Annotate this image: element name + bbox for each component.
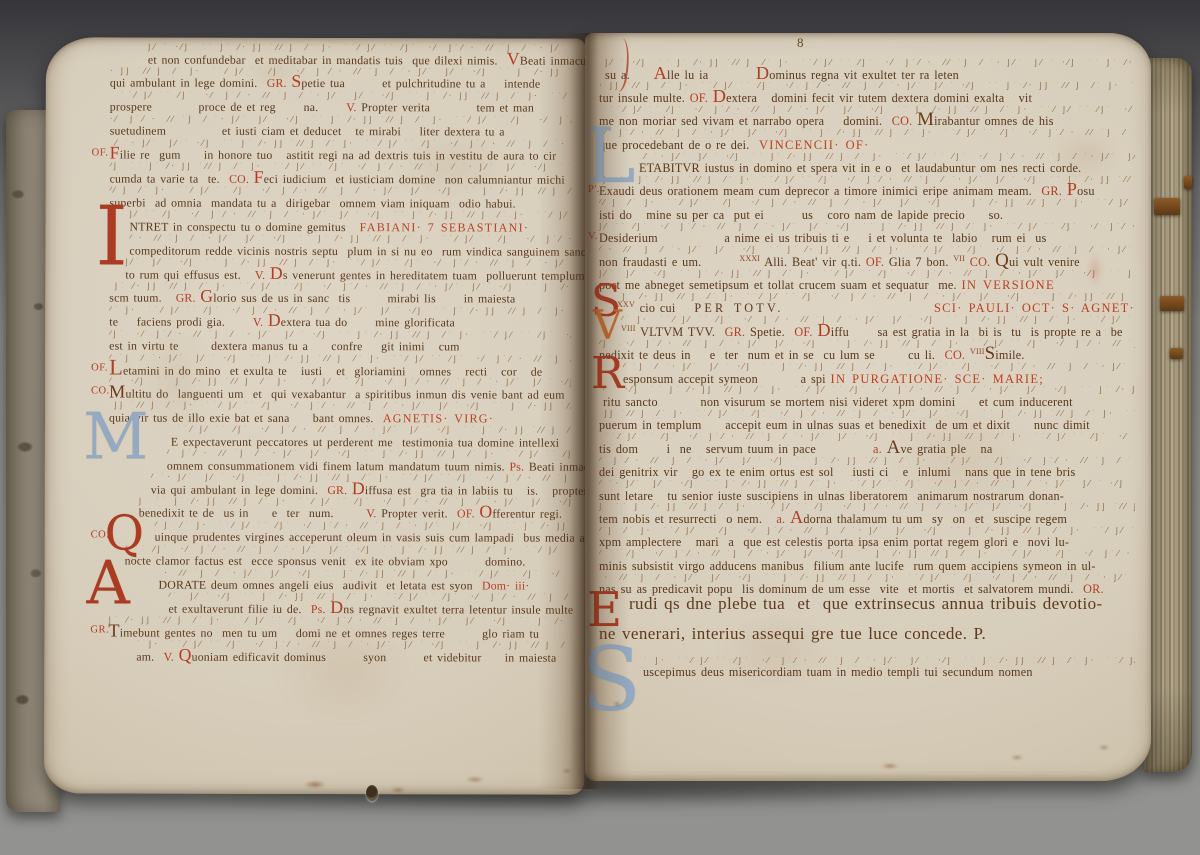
neume-notation-row: ʃ⁄ ´ ·⁄ʃ ´` ʃ´ ⁄· ʃʃ ´⁄⁄ ʃ ⁄´ ʃ· ´´⁄ ʃ⁄ … [148, 44, 572, 55]
chant-text-row: tem nobis et resurrecti o nem. a. Adorna… [599, 513, 1135, 527]
text-segment: SCI· PAULI· OCT· S· AGNET· [934, 302, 1135, 315]
leather-index-tab [1170, 348, 1183, 359]
chant-text-row: Letamini in do mino et exulta te iusti e… [109, 364, 571, 379]
chant-text-row: ne venerari, interius assequi gre tue lu… [599, 627, 1135, 650]
chant-text-row: tur insule multe. OF. Dextera domini fec… [599, 92, 1135, 106]
text-segment: GR. [1041, 185, 1066, 198]
text-segment: CO. [892, 115, 917, 128]
illuminated-initial-E: E [587, 589, 622, 631]
manuscript-line: ⁄ `´ ⁄ʃ´ ·⁄ ʃ´⁄ · ⁄⁄ ´ʃ ⁄ ´· ʃ⁄´ ʃ⁄ ´ ·⁄… [109, 545, 571, 570]
text-segment: Q [995, 257, 1009, 265]
neume-notation-row: ⁄ `´ ⁄ʃ´ ·⁄ ʃ´⁄ · ⁄⁄ ´ʃ ⁄ ´· ʃ⁄´ ʃ⁄ ´ ·⁄… [125, 545, 571, 556]
text-segment: non fraudasti e um. [599, 256, 739, 269]
manuscript-line: ⁄ · ⁄⁄ ´ʃ ⁄ ´· ʃ⁄´ ʃ⁄ ´ ·⁄ʃ ´` ʃ´ ⁄· ʃʃ … [109, 235, 571, 260]
text-segment: prospere proce de et reg na. [110, 101, 346, 115]
manuscript-line: ´´⁄ ʃ⁄ `´ ⁄ʃ´ ·⁄ ʃ´⁄ · ⁄⁄ ´ʃ ⁄ ´· ʃ⁄´ ʃ⁄… [599, 433, 1135, 456]
right-manuscript-page: 8 ʃ⁄ ´ ·⁄ʃ ´` ʃ´ ⁄· ʃʃ ´⁄⁄ ʃ ⁄´ ʃ· ´´⁄ ʃ… [585, 33, 1151, 781]
manuscript-line: ´´⁄ ʃ⁄ `´ ⁄ʃ´ ·⁄ ʃ´⁄ · ⁄⁄ ´ʃ ⁄ ´· ʃ⁄´ ʃ⁄… [599, 106, 1135, 129]
margin-abbreviation: V. [588, 231, 598, 242]
neume-notation-row: ⁄ ´· ʃ⁄´ ʃ⁄ ´ ·⁄ʃ ´` ʃ´ ⁄· ʃʃ ´⁄⁄ ʃ ⁄´ ʃ… [599, 480, 1135, 490]
neume-notation-row: ´´⁄ ʃ⁄ `´ ⁄ʃ´ ·⁄ ʃ´⁄ · ⁄⁄ ´ʃ ⁄ ´· ʃ⁄´ ʃ⁄… [110, 91, 572, 102]
manuscript-line: rudi qs dne plebe tua et que extrinsecus… [599, 597, 1135, 627]
chant-text-row: isti do mine su per ca put ei us coro na… [599, 209, 1135, 223]
neume-notation-row: · ʃʃ ´⁄⁄ ʃ ⁄´ ʃ· ´´⁄ ʃ⁄ `´ ⁄ʃ´ ·⁄ ʃ´⁄ · … [110, 67, 572, 78]
manuscript-line: ·⁄ ʃ´⁄ · ⁄⁄ ´ʃ ⁄ ´· ʃ⁄´ ʃ⁄ ´ ·⁄ʃ ´` ʃ´ ⁄… [599, 129, 1135, 152]
chant-text-row: VIII VLTVM TVV. GR. Spetie. OF. Diffu sa… [621, 326, 1135, 340]
illuminated-initial-L: L [585, 123, 635, 190]
text-segment: T [108, 626, 119, 634]
chant-text-row: omnem consummationem vidi finem latum ma… [167, 459, 571, 474]
chant-text-row: sunt letare tu senior iuste suscipiens i… [599, 490, 1135, 504]
text-segment: VIII [621, 322, 636, 335]
text-segment: ui vult venire [1009, 256, 1080, 269]
text-segment: ne venerari, interius assequi gre tue lu… [599, 627, 986, 640]
manuscript-line: ´´⁄ ʃ⁄ `´ ⁄ʃ´ ·⁄ ʃ´⁄ · ⁄⁄ ´ʃ ⁄ ´· ʃ⁄´ ʃ⁄… [110, 91, 572, 116]
text-segment: AGNETIS· VIRG· [383, 412, 494, 425]
manuscript-line: ⁄⁄ ʃ ⁄´ ʃ· ´´⁄ ʃ⁄ `´ ⁄ʃ´ ·⁄ ʃ´⁄ · ⁄⁄ ´ʃ … [110, 187, 572, 212]
manuscript-line: ʃ⁄ ´ ·⁄ʃ ´` ʃ´ ⁄· ʃʃ ´⁄⁄ ʃ ⁄´ ʃ· ´´⁄ ʃ⁄ … [599, 59, 1135, 82]
chant-text-row: prospere proce de et reg na. V. Propter … [110, 101, 572, 116]
illuminated-initial-I: I [95, 201, 128, 273]
text-segment: XXXI [739, 252, 760, 265]
text-segment: et exultaverunt filie iu de. [168, 603, 310, 616]
text-segment: iffusa est gra tia in labiis tu is. prop… [365, 484, 599, 498]
text-segment: rudi qs dne plebe tua et que extrinsecus… [629, 597, 1103, 610]
text-segment: esponsum accepit symeon a spi [623, 373, 831, 386]
text-segment: isti do mine su per ca put ei us coro na… [599, 209, 1003, 222]
text-segment: ultitu do languenti um et qui vexabantur… [126, 387, 565, 401]
chant-text-row: nocte clamor factus est ecce sponsus ven… [125, 555, 571, 570]
manuscript-line: ⁄ ´· ʃ⁄´ ʃ⁄ ´ ·⁄ʃ ´` ʃ´ ⁄· ʃʃ ´⁄⁄ ʃ ⁄´ ʃ… [109, 473, 571, 498]
text-segment: D [270, 268, 283, 276]
text-segment: to rum qui effusus est. [125, 268, 255, 281]
left-manuscript-page: ʃ⁄ ´ ·⁄ʃ ´` ʃ´ ⁄· ʃʃ ´⁄⁄ ʃ ⁄´ ʃ· ´´⁄ ʃ⁄ … [44, 37, 586, 794]
chant-text-row: NTRET in conspectu tu o domine gemitus F… [129, 220, 571, 235]
chant-text-row: post me abneget semetipsum et tollat cru… [599, 279, 1135, 293]
manuscript-line: ´ ʃ· ´´⁄ ʃ⁄ `´ ⁄ʃ´ ·⁄ ʃ´⁄ · ⁄⁄ ´ʃ ⁄ ´· ʃ… [108, 641, 570, 666]
manuscript-line: ʃ´ ⁄· ʃʃ ´⁄⁄ ʃ ⁄´ ʃ· ´´⁄ ʃ⁄ `´ ⁄ʃ´ ·⁄ ʃ´… [109, 282, 571, 307]
text-segment: tis dom i ne servum tuum in pace [599, 443, 873, 456]
chant-text-row: scm tuum. GR. Glorio sus de us in sanc t… [109, 292, 571, 307]
chant-text-row: benedixit te de us in e ter num. V. Prop… [139, 507, 571, 522]
text-segment: compeditorum redde vicinis nostris septu… [129, 244, 586, 258]
text-segment: extera tua do mine glorificata [281, 316, 455, 329]
neume-notation-row: ⁄ ´ ·⁄ʃ ´` ʃ´ ⁄· ʃʃ ´⁄⁄ ʃ ⁄´ ʃ· ´´⁄ ʃ⁄ `… [109, 378, 571, 389]
text-segment: scm tuum. [109, 292, 175, 305]
manuscript-line: ⁄ ʃ´⁄ · ⁄⁄ ´ʃ ⁄ ´· ʃ⁄´ ʃ⁄ ´ ·⁄ʃ ´` ʃ´ ⁄·… [109, 450, 571, 475]
text-segment: suetudinem et iusti ciam et deducet te m… [110, 125, 505, 139]
chant-text-row: esponsum accepit symeon a spi IN PURGATI… [623, 373, 1135, 387]
text-segment: via qui ambulant in lege domini. [151, 483, 328, 496]
chant-text-row: am. V. Quoniam edificavit dominus syon e… [136, 650, 570, 665]
chant-text-row: cumda ta varie ta te. CO. Feci iudicium … [110, 172, 572, 187]
text-segment: M [917, 116, 934, 124]
chant-text-row: te faciens prodi gia. V. Dextera tua do … [109, 316, 571, 331]
chant-text-row: rudi qs dne plebe tua et que extrinsecus… [629, 597, 1135, 620]
manuscript-line: CO.⁄ ʃ ⁄´ ʃ· ´´⁄ ʃ⁄ `´ ⁄ʃ´ ·⁄ ʃ´⁄ · ⁄⁄ ´… [109, 521, 571, 546]
text-segment: D [330, 603, 343, 611]
text-segment: et non confundebar et meditabar in manda… [148, 53, 507, 67]
text-segment: DORATE deum omnes angeli eius audivit et… [159, 579, 482, 593]
text-segment: iffu sa est gratia in la bi is tu is pro… [831, 326, 1123, 339]
chant-text-row: E expectaverunt peccatores ut perderent … [171, 435, 571, 450]
text-segment: uoniam edificavit dominus syon et videbi… [192, 650, 557, 664]
manuscript-line: ʃ´ ⁄· ʃʃ ´⁄⁄ ʃ ⁄´ ʃ· ´´⁄ ʃ⁄ `´ ⁄ʃ´ ·⁄ ʃ´… [599, 293, 1135, 316]
text-segment: ns regnavit exultet terra letentur insul… [343, 603, 573, 617]
neume-notation-row: ⁄ʃ´ ·⁄ ʃ´⁄ · ⁄⁄ ´ʃ ⁄ ´· ʃ⁄´ ʃ⁄ ´ ·⁄ʃ ´` … [599, 340, 1135, 350]
text-segment: est in virtu te dextera manus tu a confr… [109, 340, 460, 354]
neume-notation-row: ʃ⁄ ´ ·⁄ʃ ´` ʃ´ ⁄· ʃʃ ´⁄⁄ ʃ ⁄´ ʃ· ´´⁄ ʃ⁄ … [605, 59, 1135, 69]
manuscript-line: ⁄ ´· ʃ⁄´ ʃ⁄ ´ ·⁄ʃ ´` ʃ´ ⁄· ʃʃ ´⁄⁄ ʃ ⁄´ ʃ… [599, 153, 1135, 176]
text-segment: sunt letare tu senior iuste suscipiens i… [599, 490, 1064, 503]
neume-notation-row: ´´⁄ ʃ⁄ `´ ⁄ʃ´ ·⁄ ʃ´⁄ · ⁄⁄ ´ʃ ⁄ ´· ʃ⁄´ ʃ⁄… [171, 426, 571, 437]
text-segment: am. [136, 650, 163, 663]
text-segment: PER TOTV. [694, 302, 783, 315]
manuscript-line: OF.⁄ ´ʃ ⁄ ´· ʃ⁄´ ʃ⁄ ´ ·⁄ʃ ´` ʃ´ ⁄· ʃʃ ´⁄… [109, 354, 571, 379]
text-segment: A [887, 444, 901, 452]
text-segment: Exaudi deus orationem meam cum deprecor … [599, 185, 1041, 198]
margin-abbreviation: OF. [92, 147, 109, 158]
manuscript-line: ´ ʃ· ´´⁄ ʃ⁄ `´ ⁄ʃ´ ·⁄ ʃ´⁄ · ⁄⁄ ´ʃ ⁄ ´· ʃ… [599, 657, 1135, 680]
text-segment: M [109, 387, 125, 395]
chant-text-row: Desiderium a nime ei us tribuis ti e i e… [599, 232, 1135, 246]
neume-notation-row: ʃ⁄´ ʃ⁄ ´ ·⁄ʃ ´` ʃ´ ⁄· ʃʃ ´⁄⁄ ʃ ⁄´ ʃ· ´´⁄… [125, 259, 571, 270]
text-segment: Spetie. [750, 326, 794, 339]
neume-notation-row: ʃ⁄´ ʃ⁄ ´ ·⁄ʃ ´` ʃ´ ⁄· ʃʃ ´⁄⁄ ʃ ⁄´ ʃ· ´´⁄… [599, 270, 1135, 280]
chant-text-row: DORATE deum omnes angeli eius audivit et… [159, 579, 571, 594]
manuscript-line: · ʃʃ ´⁄⁄ ʃ ⁄´ ʃ· ´´⁄ ʃ⁄ `´ ⁄ʃ´ ·⁄ ʃ´⁄ · … [599, 82, 1135, 105]
text-segment: V. [255, 268, 270, 281]
manuscript-line: ´´⁄ ʃ⁄ `´ ⁄ʃ´ ·⁄ ʃ´⁄ · ⁄⁄ ´ʃ ⁄ ´· ʃ⁄´ ʃ⁄… [109, 426, 571, 451]
text-segment: VINCENCII· OF· [759, 139, 870, 152]
leather-index-tab [1154, 198, 1180, 215]
neume-notation-row: ʃʃ ´⁄⁄ ʃ ⁄´ ʃ· ´´⁄ ʃ⁄ `´ ⁄ʃ´ ·⁄ ʃ´⁄ · ⁄⁄… [109, 402, 571, 413]
text-segment: V. [253, 316, 268, 329]
text-segment: quia vir tus de illo exie bat et sana ba… [109, 411, 383, 425]
neume-notation-row: ʃ´ ⁄· ʃʃ ´⁄⁄ ʃ ⁄´ ʃ· ´´⁄ ʃ⁄ `´ ⁄ʃ´ ·⁄ ʃ´… [617, 293, 1135, 303]
text-segment: minis subsistit virgo adducens manibus f… [599, 560, 1096, 573]
text-segment: extera domini fecit vir tutem dextera do… [726, 92, 1032, 105]
chant-text-row: non fraudasti e um. XXXI Alli. Beat' vir… [599, 256, 1135, 270]
neume-notation-row: · ʃʃ ´⁄⁄ ʃ ⁄´ ʃ· ´´⁄ ʃ⁄ `´ ⁄ʃ´ ·⁄ ʃ´⁄ · … [599, 82, 1135, 92]
chant-text-row: compeditorum redde vicinis nostris septu… [129, 244, 571, 259]
chant-text-row: Multitu do languenti um et qui vexabantu… [109, 387, 571, 402]
text-segment: qui ambulant in lege domini. [110, 77, 267, 90]
text-segment: IN VERSIONE [962, 279, 1055, 292]
leather-index-tab [1160, 296, 1184, 311]
text-segment: eci iudicium et iusticiam domine non cal… [264, 173, 565, 187]
manuscript-line: ⁄ ´ ·⁄ʃ ´` ʃ´ ⁄· ʃʃ ´⁄⁄ ʃ ⁄´ ʃ· ´´⁄ ʃ⁄ `… [599, 386, 1135, 409]
manuscript-line: ⁄ ´· ʃ⁄´ ʃ⁄ ´ ·⁄ʃ ´` ʃ´ ⁄· ʃʃ ´⁄⁄ ʃ ⁄´ ʃ… [599, 480, 1135, 503]
chant-text-row: qui ambulant in lege domini. GR. Spetie … [110, 77, 572, 92]
text-segment: Propter verit. [381, 508, 457, 521]
manuscript-line: ⁄´ ʃ· ´´⁄ ʃ⁄ `´ ⁄ʃ´ ·⁄ ʃ´⁄ · ⁄⁄ ´ʃ ⁄ ´· … [599, 316, 1135, 339]
text-segment: D [713, 92, 726, 100]
neume-notation-row: ʃ´ ⁄· ʃʃ ´⁄⁄ ʃ ⁄´ ʃ· ´´⁄ ʃ⁄ `´ ⁄ʃ´ ·⁄ ʃ´… [108, 617, 570, 628]
neume-notation-row: ⁄ ´· ʃ⁄´ ʃ⁄ ´ ·⁄ʃ ´` ʃ´ ⁄· ʃʃ ´⁄⁄ ʃ ⁄´ ʃ… [639, 153, 1135, 163]
text-segment: Propter verita tem et man [361, 101, 534, 114]
text-segment: ilie re gum in honore tuo astitit regi n… [120, 149, 557, 163]
wormhole [366, 785, 378, 801]
manuscript-line: OF. ⁄ ´· ʃ⁄´ ʃ⁄ ´ ·⁄ʃ ´` ʃ´ ⁄· ʃʃ ´⁄⁄ ʃ … [110, 139, 572, 164]
neume-notation-row: ⁄´ ʃ· ´´⁄ ʃ⁄ `´ ⁄ʃ´ ·⁄ ʃ´⁄ · ⁄⁄ ´ʃ ⁄ ´· … [621, 316, 1135, 326]
text-segment: me non moriar sed vivam et narrabo opera… [599, 115, 892, 128]
manuscript-line: · ⁄⁄ ´ʃ ⁄ ´· ʃ⁄´ ʃ⁄ ´ ·⁄ʃ ´` ʃ´ ⁄· ʃʃ ´⁄… [109, 569, 571, 594]
manuscript-line: ʃ⁄ `´ ⁄ʃ´ ·⁄ ʃ´⁄ · ⁄⁄ ´ʃ ⁄ ´· ʃ⁄´ ʃ⁄ ´ ·… [109, 211, 571, 236]
manuscript-line: ʃ ´` ʃ´ ⁄· ʃʃ ´⁄⁄ ʃ ⁄´ ʃ· ´´⁄ ʃ⁄ `´ ⁄ʃ´ … [599, 503, 1135, 526]
neume-notation-row: ´ ʃ· ´´⁄ ʃ⁄ `´ ⁄ʃ´ ·⁄ ʃ´⁄ · ⁄⁄ ´ʃ ⁄ ´· ʃ… [643, 657, 1135, 667]
text-segment: S [291, 77, 301, 85]
text-segment: cio cui [635, 302, 694, 315]
text-segment: tem nobis et resurrecti o nem. [599, 513, 776, 526]
neume-notation-row: ⁄ ´· ʃ⁄´ ʃ⁄ ´ ·⁄ʃ ´` ʃ´ ⁄· ʃʃ ´⁄⁄ ʃ ⁄´ ʃ… [110, 139, 572, 150]
text-segment: NTRET in conspectu tu o domine gemitus [129, 220, 359, 234]
neume-notation-row: ⁄´ ʃ· ´´⁄ ʃ⁄ `´ ⁄ʃ´ ·⁄ ʃ´⁄ · ⁄⁄ ´ʃ ⁄ ´· … [109, 306, 571, 317]
text-segment: a. [873, 443, 887, 456]
text-segment: omnem consummationem vidi finem latum ma… [167, 459, 510, 473]
text-segment: ve gratia ple na [900, 443, 992, 456]
manuscript-line: ⁄ `´ ⁄ʃ´ ·⁄ ʃ´⁄ · ⁄⁄ ´ʃ ⁄ ´· ʃ⁄´ ʃ⁄ ´ ·⁄… [599, 550, 1135, 573]
text-segment: lorio sus de us in sanc tis mirabi lis i… [213, 292, 515, 306]
text-segment: OF. [457, 508, 479, 521]
illuminated-initial-S: S [581, 641, 641, 718]
chant-text-row: Timebunt gentes no men tu um domi ne et … [108, 626, 570, 641]
manuscript-line: ·⁄ ʃ´⁄ · ⁄⁄ ´ʃ ⁄ ´· ʃ⁄´ ʃ⁄ ´ ·⁄ʃ ´` ʃ´ ⁄… [110, 115, 572, 140]
text-segment: GR. [327, 484, 352, 497]
text-segment: D [268, 316, 281, 324]
text-segment: s venerunt gentes in hereditatem tuam po… [283, 268, 585, 282]
text-segment: D [817, 326, 830, 334]
illuminated-initial-M: M [83, 409, 149, 465]
margin-abbreviation: OF. [91, 362, 108, 373]
neume-notation-row: ´´⁄ ʃ⁄ `´ ⁄ʃ´ ·⁄ ʃ´⁄ · ⁄⁄ ´ʃ ⁄ ´· ʃ⁄´ ʃ⁄… [599, 433, 1135, 443]
text-segment: a. [776, 513, 790, 526]
neume-notation-row: ·⁄ ʃ´⁄ · ⁄⁄ ´ʃ ⁄ ´· ʃ⁄´ ʃ⁄ ´ ·⁄ʃ ´` ʃ´ ⁄… [599, 129, 1135, 139]
manuscript-line: ⁄ · ⁄⁄ ´ʃ ⁄ ´· ʃ⁄´ ʃ⁄ ´ ·⁄ʃ ´` ʃ´ ⁄· ʃʃ … [599, 246, 1135, 269]
manuscript-line: ⁄ʃ ´` ʃ´ ⁄· ʃʃ ´⁄⁄ ʃ ⁄´ ʃ· ´´⁄ ʃ⁄ `´ ⁄ʃ´… [110, 163, 572, 188]
manuscript-line: ⁄ ´ʃ ⁄ ´· ʃ⁄´ ʃ⁄ ´ ·⁄ʃ ´` ʃ´ ⁄· ʃʃ ´⁄⁄ ʃ… [599, 363, 1135, 386]
manuscript-line: CO.⁄ ´ ·⁄ʃ ´` ʃ´ ⁄· ʃʃ ´⁄⁄ ʃ ⁄´ ʃ· ´´⁄ ʃ… [109, 378, 571, 403]
text-segment: cumda ta varie ta te. [110, 172, 230, 185]
text-segment: dei genitrix vir go ex te enim ortus est… [599, 466, 1075, 479]
neume-notation-row: ⁄ ´ ·⁄ʃ ´` ʃ´ ⁄· ʃʃ ´⁄⁄ ʃ ⁄´ ʃ· ´´⁄ ʃ⁄ `… [603, 386, 1135, 396]
text-segment: post me abneget semetipsum et tollat cru… [599, 279, 962, 292]
text-segment: osu [1077, 185, 1095, 198]
manuscript-line: ⁄ ʃ ⁄´ ʃ· ´´⁄ ʃ⁄ `´ ⁄ʃ´ ·⁄ ʃ´⁄ · ⁄⁄ ´ʃ ⁄… [599, 527, 1135, 550]
neume-notation-row: ´ ʃ· ´´⁄ ʃ⁄ `´ ⁄ʃ´ ·⁄ ʃ´⁄ · ⁄⁄ ´ʃ ⁄ ´· ʃ… [136, 641, 570, 652]
chant-text-row: via qui ambulant in lege domini. GR. Dif… [151, 483, 571, 498]
manuscript-line: ne venerari, interius assequi gre tue lu… [599, 627, 1135, 657]
text-segment: L [109, 364, 123, 372]
text-segment: VII [953, 252, 965, 265]
neume-notation-row: ⁄⁄ ʃ ⁄´ ʃ· ´´⁄ ʃ⁄ `´ ⁄ʃ´ ·⁄ ʃ´⁄ · ⁄⁄ ´ʃ … [110, 187, 572, 198]
manuscript-line: ʃ⁄´ ʃ⁄ ´ ·⁄ʃ ´` ʃ´ ⁄· ʃʃ ´⁄⁄ ʃ ⁄´ ʃ· ´´⁄… [109, 258, 571, 283]
neume-notation-row: ⁄ · ⁄⁄ ´ʃ ⁄ ´· ʃ⁄´ ʃ⁄ ´ ·⁄ʃ ´` ʃ´ ⁄· ʃʃ … [599, 246, 1135, 256]
text-segment: irabantur omnes de his [934, 115, 1054, 128]
neume-notation-row: ´´⁄ ʃ⁄ `´ ⁄ʃ´ ·⁄ ʃ´⁄ · ⁄⁄ ´ʃ ⁄ ´· ʃ⁄´ ʃ⁄… [599, 106, 1135, 116]
manuscript-line: ⁄´ ʃ⁄ ´ ·⁄ʃ ´` ʃ´ ⁄· ʃʃ ´⁄⁄ ʃ ⁄´ ʃ· ´´⁄ … [108, 593, 570, 618]
text-segment: petie tua et pulchritudine tu a intende [301, 77, 540, 91]
neume-notation-row: ⁄´ ʃ⁄ ´ ·⁄ʃ ´` ʃ´ ⁄· ʃʃ ´⁄⁄ ʃ ⁄´ ʃ· ´´⁄ … [169, 593, 571, 604]
neume-notation-row: ʃ´ ⁄· ʃʃ ´⁄⁄ ʃ ⁄´ ʃ· ´´⁄ ʃ⁄ `´ ⁄ʃ´ ·⁄ ʃ´… [109, 282, 571, 293]
manuscript-line: V.ʃ⁄ `´ ⁄ʃ´ ·⁄ ʃ´⁄ · ⁄⁄ ´ʃ ⁄ ´· ʃ⁄´ ʃ⁄ ´… [599, 223, 1135, 246]
text-segment: imebunt gentes no men tu um domi ne et o… [120, 626, 539, 640]
text-segment: tur insule multe. [599, 92, 690, 105]
text-segment: FABIANI· 7 SEBASTIANI· [360, 221, 530, 234]
text-segment: ETABITVR iustus in domino et spera vit i… [639, 162, 1081, 175]
illuminated-initial-R: R [591, 355, 624, 394]
text-segment: D [756, 69, 769, 77]
neume-notation-row: ⁄ · ⁄⁄ ´ʃ ⁄ ´· ʃ⁄´ ʃ⁄ ´ ·⁄ʃ ´` ʃ´ ⁄· ʃʃ … [129, 235, 571, 246]
text-segment: lle lu ia [667, 69, 756, 82]
manuscript-line: P'.⁄ʃ ´` ʃ´ ⁄· ʃʃ ´⁄⁄ ʃ ⁄´ ʃ· ´´⁄ ʃ⁄ `´ … [599, 176, 1135, 199]
chant-text-row: nedixit te deus in e ter num et in se cu… [599, 349, 1135, 363]
text-segment: nocte clamor factus est ecce sponsus ven… [125, 555, 526, 569]
chant-text-row: est in virtu te dextera manus tu a confr… [109, 340, 571, 355]
illuminated-initial-A: A [86, 557, 129, 610]
manuscript-photo-scene: ʃ⁄ ´ ·⁄ʃ ´` ʃ´ ⁄· ʃʃ ´⁄⁄ ʃ ⁄´ ʃ· ´´⁄ ʃ⁄ … [0, 0, 1200, 855]
text-segment: Q [179, 650, 192, 658]
neume-notation-row: ⁄ ´ʃ ⁄ ´· ʃ⁄´ ʃ⁄ ´ ·⁄ʃ ´` ʃ´ ⁄· ʃʃ ´⁄⁄ ʃ… [623, 363, 1135, 373]
text-segment: OF. [794, 326, 817, 339]
neume-notation-row: ⁄ ʃ´⁄ · ⁄⁄ ´ʃ ⁄ ´· ʃ⁄´ ʃ⁄ ´ ·⁄ʃ ´` ʃ´ ⁄·… [599, 457, 1135, 467]
chant-text-row: ritu sancto non visurum se mortem nisi v… [603, 396, 1135, 410]
neume-notation-row: · ⁄⁄ ´ʃ ⁄ ´· ʃ⁄´ ʃ⁄ ´ ·⁄ʃ ´` ʃ´ ⁄· ʃʃ ´⁄… [159, 569, 571, 580]
fore-edge-page-stack [1144, 58, 1192, 772]
text-segment: etamini in do mino et exulta te iusti et… [123, 365, 542, 379]
margin-abbreviation: GR. [90, 625, 109, 636]
text-segment: VIII [970, 345, 985, 358]
text-segment: te faciens prodi gia. [109, 316, 253, 329]
manuscript-line: ⁄ʃ´ ·⁄ ʃ´⁄ · ⁄⁄ ´ʃ ⁄ ´· ʃ⁄´ ʃ⁄ ´ ·⁄ʃ ´` … [599, 340, 1135, 363]
text-segment: D [352, 484, 365, 492]
chant-text-row: XXV cio cui PER TOTV.SCI· PAULI· OCT· S·… [617, 302, 1135, 316]
chant-text-row: et exultaverunt filie iu de. Ps. Dns reg… [168, 603, 570, 618]
text-segment: xpm amplectere mari a que est celestis p… [599, 536, 1069, 549]
text-segment: A [790, 513, 803, 521]
text-segment: V. [164, 650, 179, 663]
chant-text-row: superbi ad omnia mandata tu a dirigebar … [110, 196, 572, 211]
chant-text-row: que procedebant de o re dei. VINCENCII· … [599, 139, 1135, 153]
text-segment: O [479, 508, 492, 516]
chant-text-row: me non moriar sed vivam et narrabo opera… [599, 115, 1135, 129]
manuscript-line: ⁄⁄ ʃ ⁄´ ʃ· ´´⁄ ʃ⁄ `´ ⁄ʃ´ ·⁄ ʃ´⁄ · ⁄⁄ ´ʃ … [599, 199, 1135, 222]
neume-notation-row: ⁄ ´ʃ ⁄ ´· ʃ⁄´ ʃ⁄ ´ ·⁄ʃ ´` ʃ´ ⁄· ʃʃ ´⁄⁄ ʃ… [109, 354, 571, 365]
text-segment: F [254, 173, 264, 181]
text-segment: OF. [866, 256, 889, 269]
chant-text-row: uinque prudentes virgines acceperunt ole… [155, 531, 571, 546]
text-segment: uinque prudentes virgines acceperunt ole… [155, 531, 610, 545]
chant-text-row: su a. Alle lu ia Dominus regna vit exult… [605, 69, 1135, 83]
chant-text-row: quia vir tus de illo exie bat et sana ba… [109, 411, 571, 426]
text-segment: GR. [176, 292, 201, 305]
text-segment: IN PURGATIONE· SCE· MARIE; [831, 373, 1044, 386]
chant-text-row: puerum in templum accepit eum in ulnas s… [599, 419, 1135, 433]
right-page-text-block: ʃ⁄ ´ ·⁄ʃ ´` ʃ´ ⁄· ʃʃ ´⁄⁄ ʃ ⁄´ ʃ· ´´⁄ ʃ⁄ … [585, 33, 1151, 781]
text-segment: S [985, 350, 996, 358]
neume-notation-row: ⁄ ʃ ⁄´ ʃ· ´´⁄ ʃ⁄ `´ ⁄ʃ´ ·⁄ ʃ´⁄ · ⁄⁄ ´ʃ ⁄… [155, 521, 571, 532]
neume-notation-row: ⁄⁄ ʃ ⁄´ ʃ· ´´⁄ ʃ⁄ `´ ⁄ʃ´ ·⁄ ʃ´⁄ · ⁄⁄ ´ʃ … [599, 199, 1135, 209]
text-segment: V. [366, 508, 381, 521]
chant-text-row: tis dom i ne servum tuum in pace a. Ave … [599, 443, 1135, 457]
manuscript-line: GR.ʃ´ ⁄· ʃʃ ´⁄⁄ ʃ ⁄´ ʃ· ´´⁄ ʃ⁄ `´ ⁄ʃ´ ·⁄… [108, 617, 570, 642]
text-segment: Ps. [509, 460, 528, 473]
manuscript-line: ⁄´ ʃ· ´´⁄ ʃ⁄ `´ ⁄ʃ´ ·⁄ ʃ´⁄ · ⁄⁄ ´ʃ ⁄ ´· … [109, 306, 571, 331]
text-segment: CO. [965, 256, 995, 269]
text-segment: fferentur regi. [492, 508, 562, 521]
text-segment: G [200, 292, 213, 300]
neume-notation-row: ʃʃ ´⁄⁄ ʃ ⁄´ ʃ· ´´⁄ ʃ⁄ `´ ⁄ʃ´ ·⁄ ʃ´⁄ · ⁄⁄… [599, 410, 1135, 420]
neume-notation-row: ⁄ʃ´ ·⁄ ʃ´⁄ · ⁄⁄ ´ʃ ⁄ ´· ʃ⁄´ ʃ⁄ ´ ·⁄ʃ ´` … [109, 330, 571, 341]
text-segment: Desiderium a nime ei us tribuis ti e i e… [599, 232, 1047, 245]
text-segment: Glia 7 bon. [889, 256, 953, 269]
manuscript-line: ⁄ʃ´ ·⁄ ʃ´⁄ · ⁄⁄ ´ʃ ⁄ ´· ʃ⁄´ ʃ⁄ ´ ·⁄ʃ ´` … [109, 330, 571, 355]
neume-notation-row: ʃ ´` ʃ´ ⁄· ʃʃ ´⁄⁄ ʃ ⁄´ ʃ· ´´⁄ ʃ⁄ `´ ⁄ʃ´ … [599, 503, 1135, 513]
text-segment: ritu sancto non visurum se mortem nisi v… [603, 396, 1073, 409]
margin-abbreviation: CO. [91, 386, 110, 397]
manuscript-line: ʃ ´` ʃ´ ⁄· ʃʃ ´⁄⁄ ʃ ⁄´ ʃ· ´´⁄ ʃ⁄ `´ ⁄ʃ´ … [109, 497, 571, 522]
manuscript-line: · ʃʃ ´⁄⁄ ʃ ⁄´ ʃ· ´´⁄ ʃ⁄ `´ ⁄ʃ´ ·⁄ ʃ´⁄ · … [110, 67, 572, 92]
neume-notation-row: ʃ⁄ `´ ⁄ʃ´ ·⁄ ʃ´⁄ · ⁄⁄ ´ʃ ⁄ ´· ʃ⁄´ ʃ⁄ ´ ·… [130, 211, 572, 222]
text-segment: A [654, 69, 667, 77]
manuscript-line: ʃʃ ´⁄⁄ ʃ ⁄´ ʃ· ´´⁄ ʃ⁄ `´ ⁄ʃ´ ·⁄ ʃ´⁄ · ⁄⁄… [109, 402, 571, 427]
text-segment: superbi ad omnia mandata tu a dirigebar … [110, 196, 516, 210]
text-segment: dorna thalamum tu um sy on et suscipe re… [803, 513, 1067, 526]
chant-text-row: xpm amplectere mari a que est celestis p… [599, 536, 1135, 550]
neume-notation-row: ⁄ʃ ´` ʃ´ ⁄· ʃʃ ´⁄⁄ ʃ ⁄´ ʃ· ´´⁄ ʃ⁄ `´ ⁄ʃ´… [599, 176, 1135, 186]
neume-notation-row: ʃ ´` ʃ´ ⁄· ʃʃ ´⁄⁄ ʃ ⁄´ ʃ· ´´⁄ ʃ⁄ `´ ⁄ʃ´ … [139, 497, 571, 508]
text-segment: imile. [995, 349, 1024, 362]
text-segment: ominus regna vit exultet ter ra leten [769, 69, 978, 82]
illuminated-initial-V: V [593, 309, 622, 344]
chant-text-row: suetudinem et iusti ciam et deducet te m… [110, 125, 572, 140]
text-segment: F [110, 149, 120, 157]
neume-notation-row: ⁄ ʃ´⁄ · ⁄⁄ ´ʃ ⁄ ´· ʃ⁄´ ʃ⁄ ´ ·⁄ʃ ´` ʃ´ ⁄·… [167, 450, 571, 461]
neume-notation-row: ⁄ ʃ ⁄´ ʃ· ´´⁄ ʃ⁄ `´ ⁄ʃ´ ·⁄ ʃ´⁄ · ⁄⁄ ´ʃ ⁄… [599, 527, 1135, 537]
chant-text-row: ETABITVR iustus in domino et spera vit i… [639, 162, 1135, 176]
text-segment: GR. [267, 77, 292, 90]
text-segment: uscepimus deus misericordiam tuam in med… [643, 666, 1033, 679]
neume-notation-row: ⁄ ´· ʃ⁄´ ʃ⁄ ´ ·⁄ʃ ´` ʃ´ ⁄· ʃʃ ´⁄⁄ ʃ ⁄´ ʃ… [151, 474, 571, 485]
chant-text-row: minis subsistit virgo adducens manibus f… [599, 560, 1135, 574]
chant-text-row: Exaudi deus orationem meam cum deprecor … [599, 185, 1135, 199]
neume-notation-row: ʃ⁄ `´ ⁄ʃ´ ·⁄ ʃ´⁄ · ⁄⁄ ´ʃ ⁄ ´· ʃ⁄´ ʃ⁄ ´ ·… [599, 223, 1135, 233]
text-segment: GR. [725, 326, 750, 339]
text-segment: Ps. [311, 603, 330, 616]
manuscript-line: ʃ⁄ ´ ·⁄ʃ ´` ʃ´ ⁄· ʃʃ ´⁄⁄ ʃ ⁄´ ʃ· ´´⁄ ʃ⁄ … [110, 43, 572, 68]
chant-text-row: dei genitrix vir go ex te enim ortus est… [599, 466, 1135, 480]
manuscript-line: ⁄ ʃ´⁄ · ⁄⁄ ´ʃ ⁄ ´· ʃ⁄´ ʃ⁄ ´ ·⁄ʃ ´` ʃ´ ⁄·… [599, 457, 1135, 480]
text-segment: CO. [945, 349, 970, 362]
text-segment: E expectaverunt peccatores ut perderent … [171, 435, 559, 449]
manuscript-line: ʃ⁄´ ʃ⁄ ´ ·⁄ʃ ´` ʃ´ ⁄· ʃʃ ´⁄⁄ ʃ ⁄´ ʃ· ´´⁄… [599, 270, 1135, 293]
text-segment: VLTVM TVV. [636, 326, 725, 339]
text-segment: puerum in templum accepit eum in ulnas s… [599, 419, 1090, 432]
chant-text-row: Filie re gum in honore tuo astitit regi … [110, 149, 572, 164]
chant-text-row: uscepimus deus misericordiam tuam in med… [643, 666, 1135, 680]
neume-notation-row: ·⁄ ʃ´⁄ · ⁄⁄ ´ʃ ⁄ ´· ʃ⁄´ ʃ⁄ ´ ·⁄ʃ ´` ʃ´ ⁄… [110, 115, 572, 126]
manuscript-line: ʃʃ ´⁄⁄ ʃ ⁄´ ʃ· ´´⁄ ʃ⁄ `´ ⁄ʃ´ ·⁄ ʃ´⁄ · ⁄⁄… [599, 410, 1135, 433]
text-segment: Alli. Beat' vir q.ti. [760, 256, 866, 269]
chant-text-row: to rum qui effusus est. V. Ds venerunt g… [125, 268, 571, 283]
chant-text-row: et non confundebar et meditabar in manda… [148, 53, 572, 68]
text-segment: benedixit te de us in e ter num. [139, 507, 366, 521]
neume-notation-row: ⁄ `´ ⁄ʃ´ ·⁄ ʃ´⁄ · ⁄⁄ ´ʃ ⁄ ´· ʃ⁄´ ʃ⁄ ´ ·⁄… [599, 550, 1135, 560]
text-segment: OF. [690, 92, 713, 105]
neume-notation-row: ⁄ʃ ´` ʃ´ ⁄· ʃʃ ´⁄⁄ ʃ ⁄´ ʃ· ´´⁄ ʃ⁄ `´ ⁄ʃ´… [110, 163, 572, 174]
neume-notation-row: · ⁄⁄ ´ʃ ⁄ ´· ʃ⁄´ ʃ⁄ ´ ·⁄ʃ ´` ʃ´ ⁄· ʃʃ ´⁄… [599, 574, 1135, 584]
text-segment: V [507, 54, 520, 62]
